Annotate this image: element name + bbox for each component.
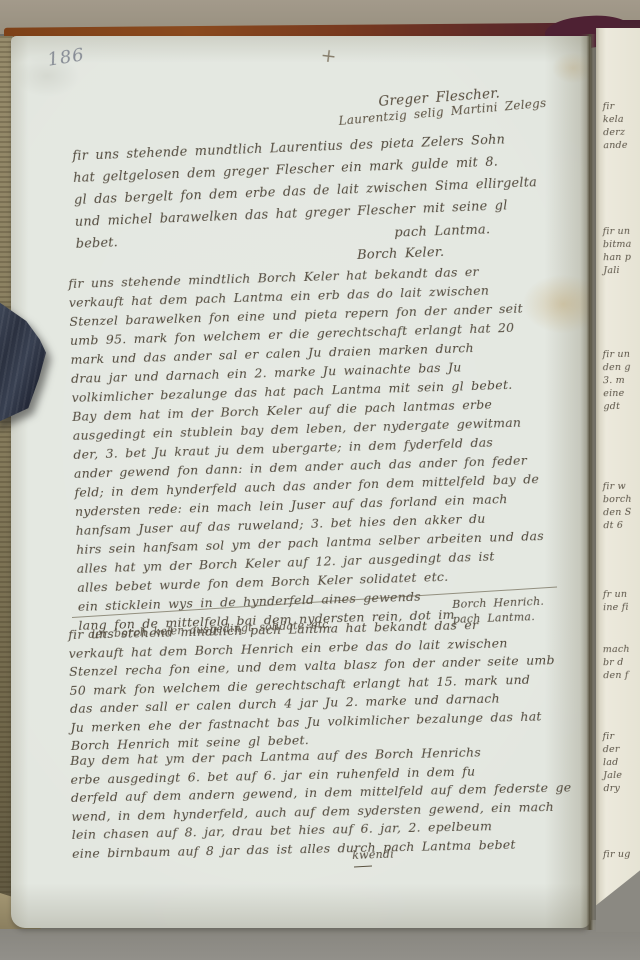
facing-fragment: fir kela derz ande <box>603 100 628 152</box>
facing-fragment: fir un bitma han p Jali <box>603 225 633 277</box>
facing-fragment: mach br d den f <box>603 643 631 682</box>
entry-4-text: Bay dem hat ym der pach Lantma auf des B… <box>70 742 573 863</box>
facing-fragment: fr un ine fi <box>603 588 629 614</box>
facing-fragment: fir ug <box>603 848 631 861</box>
manuscript-photo: fir kela derz ande fir un bitma han p Ja… <box>0 0 640 960</box>
entry-3-text: fir uns stehend mindtlich pach Lantma ha… <box>68 614 557 755</box>
book-clasp-leather <box>0 292 46 424</box>
cross-mark: + <box>319 44 338 68</box>
book-gutter-shadow <box>580 34 596 930</box>
facing-fragment: fir w borch den S dt 6 <box>603 480 633 532</box>
entry-2-text: fir uns stehende mindtlich Borch Keler h… <box>68 260 546 635</box>
facing-fragment: fir un den g 3. m eine gdt <box>602 348 631 413</box>
facing-fragment: fir der lad Jale dry <box>602 730 622 795</box>
footnote-word: kwendi <box>352 848 394 862</box>
witness-names: pach Lantma. Borch Keler. <box>356 219 491 266</box>
facing-page-edge: fir kela derz ande fir un bitma han p Ja… <box>596 28 640 908</box>
book-clasp <box>0 292 46 424</box>
